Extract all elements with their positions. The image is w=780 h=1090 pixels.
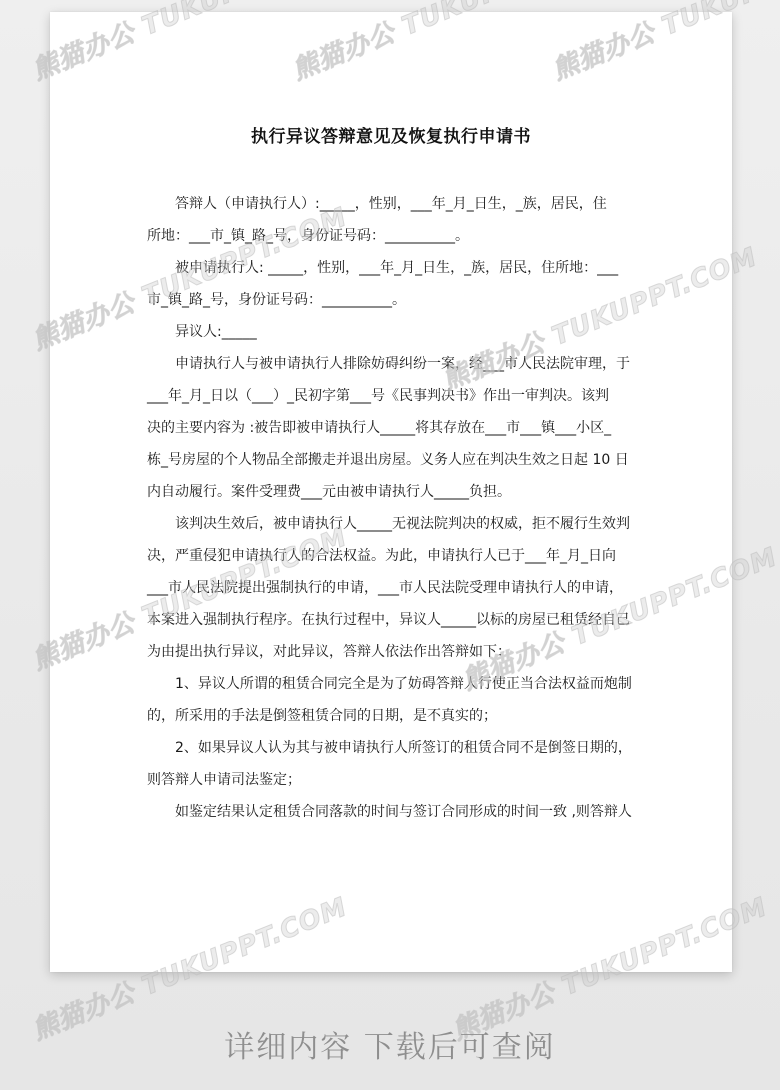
body-line: 被申请执行人: _____，性别，___年_月_日生，_族，居民，住所地：___ [147,252,635,284]
body-line: 栋_号房屋的个人物品全部搬走并退出房屋。义务人应在判决生效之日起 10 日 [147,444,635,476]
body-line: 异议人:_____ [147,316,635,348]
body-line: 则答辩人申请司法鉴定； [147,764,635,796]
body-line: 所地：___市_镇_路_号，身份证号码：__________。 [147,220,635,252]
body-line: 该判决生效后，被申请执行人_____无视法院判决的权威，拒不履行生效判 [147,508,635,540]
body-line: 市_镇_路_号，身份证号码：__________。 [147,284,635,316]
body-line: ___年_月_日以（___）_民初字第___号《民事判决书》作出一审判决。该判 [147,380,635,412]
body-line: 如鉴定结果认定租赁合同落款的时间与签订合同形成的时间一致 ,则答辩人 [147,796,635,828]
body-line: 决，严重侵犯申请执行人的合法权益。为此，申请执行人已于___年_月_日向 [147,540,635,572]
body-line: 申请执行人与被申请执行人排除妨碍纠纷一案，经___市人民法院审理，于 [147,348,635,380]
document-body: 答辩人（申请执行人）:_____，性别，___年_月_日生，_族，居民，住 所地… [147,188,635,828]
body-line: 决的主要内容为 :被告即被申请执行人_____将其存放在___市___镇___小… [147,412,635,444]
body-line: 内自动履行。案件受理费___元由被申请执行人_____负担。 [147,476,635,508]
download-caption: 详细内容 下载后可查阅 [0,1022,780,1066]
body-line: 1、异议人所谓的租赁合同完全是为了妨碍答辩人行使正当合法权益而炮制 [147,668,635,700]
document-page: 执行异议答辩意见及恢复执行申请书 答辩人（申请执行人）:_____，性别，___… [50,12,732,972]
document-title: 执行异议答辩意见及恢复执行申请书 [50,122,732,147]
body-line: 答辩人（申请执行人）:_____，性别，___年_月_日生，_族，居民，住 [147,188,635,220]
body-line: 的，所采用的手法是倒签租赁合同的日期，是不真实的； [147,700,635,732]
body-line: 本案进入强制执行程序。在执行过程中，异议人_____以标的房屋已租赁经自己 [147,604,635,636]
body-line: ___市人民法院提出强制执行的申请，___市人民法院受理申请执行人的申请， [147,572,635,604]
body-line: 为由提出执行异议，对此异议，答辩人依法作出答辩如下： [147,636,635,668]
body-line: 2、如果异议人认为其与被申请执行人所签订的租赁合同不是倒签日期的， [147,732,635,764]
